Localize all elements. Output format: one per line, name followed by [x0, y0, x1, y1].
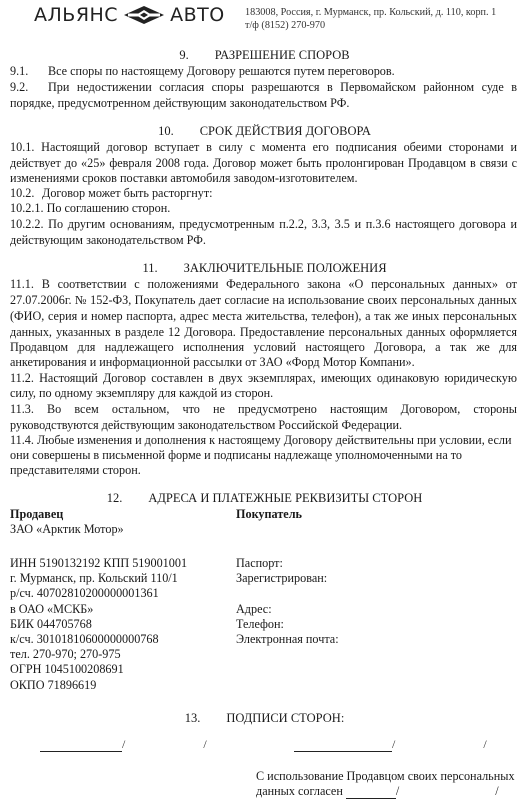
company-address: 183008, Россия, г. Мурманск, пр. Кольски… — [245, 6, 496, 32]
clause-11-3-line: руководствуются действующим законодатель… — [10, 418, 517, 433]
section-13-title: 13.ПОДПИСИ СТОРОН: — [0, 711, 529, 726]
slash: / — [396, 784, 399, 798]
buyer-email-label: Электронная почта: — [236, 632, 339, 647]
seller-ogrn: ОГРН 1045100208691 — [10, 662, 187, 677]
consent-text: данных согласен — [256, 784, 343, 798]
clause-label: 9.2. — [10, 80, 48, 95]
section-11-title: 11.ЗАКЛЮЧИТЕЛЬНЫЕ ПОЛОЖЕНИЯ — [0, 261, 529, 276]
buyer-address-label: Адрес: — [236, 602, 272, 617]
section-number: 12. — [107, 491, 123, 506]
section-number: 13. — [185, 711, 201, 726]
clause-10-2-1: 10.2.1. По соглашению сторон. — [10, 201, 517, 216]
section-heading: ПОДПИСИ СТОРОН: — [226, 711, 344, 725]
consent-text: С использование Продавцом своих персонал… — [256, 769, 518, 784]
seller-okpo: ОКПО 71896619 — [10, 678, 187, 693]
section-number: 9. — [179, 48, 188, 63]
section-number: 11. — [142, 261, 157, 276]
section-heading: РАЗРЕШЕНИЕ СПОРОВ — [215, 48, 350, 62]
seller-inn-kpp: ИНН 5190132192 КПП 519001001 — [10, 556, 187, 571]
clause-11-1-line: Продавцом для надлежащего исполнения усл… — [10, 340, 517, 355]
clause-9-2: 9.2.При недостижении согласия споры разр… — [10, 80, 517, 95]
seller-heading: Продавец — [10, 507, 63, 522]
logo-text-left: АЛЬЯНС — [34, 4, 118, 26]
seller-name: ЗАО «Арктик Мотор» — [10, 522, 124, 537]
clause-11-4-line: 11.4. Любые изменения и дополнения к нас… — [10, 433, 517, 448]
logo-text-right: АВТО — [170, 4, 225, 26]
clause-11-4-line: они совершены в письменной форме и подпи… — [10, 448, 517, 463]
clause-10-2-2-line: действующим законодательством РФ. — [10, 233, 517, 248]
clause-11-3-line: 11.3. Во всем остальном, что не предусмо… — [10, 402, 517, 417]
seller-bik: БИК 044705768 — [10, 617, 187, 632]
signature-blank — [294, 739, 392, 752]
clause-10-1-line: 10.1. Настоящий договор вступает в силу … — [10, 140, 517, 155]
clause-11-1-line: данных, указанных в разделе 12 Договора.… — [10, 325, 517, 340]
slash: / — [495, 784, 498, 798]
personal-data-consent: С использование Продавцом своих персонал… — [256, 769, 518, 799]
clause-text: Все споры по настоящему Договору решаютс… — [48, 64, 395, 78]
diamond-emblem-icon — [124, 6, 164, 24]
clause-11-4-line: представителями сторон. — [10, 463, 517, 478]
clause-10-1-line: изменениями сроков поставки автомобиля з… — [10, 171, 517, 186]
clause-10-2-2-line: 10.2.2. По другим основаниям, предусмотр… — [10, 217, 517, 232]
clause-11-2-line: силу, по одному экземпляру для каждой из… — [10, 386, 517, 401]
clause-10-2: 10.2.Договор может быть расторгнут: — [10, 186, 517, 201]
clause-label: 9.1. — [10, 64, 48, 79]
clause-text: Договор может быть расторгнут: — [42, 186, 213, 200]
slash: / — [203, 737, 206, 751]
clause-text: При недостижении согласия споры разрешаю… — [48, 80, 517, 94]
slash: / — [122, 737, 125, 751]
buyer-signature-line: // — [294, 737, 487, 752]
section-12-title: 12.АДРЕСА И ПЛАТЕЖНЫЕ РЕКВИЗИТЫ СТОРОН — [0, 491, 529, 506]
clause-11-2-line: 11.2. Настоящий Договор составлен в двух… — [10, 371, 517, 386]
letterhead: АЛЬЯНС АВТО 183008, Россия, г. Мурманск,… — [0, 0, 529, 36]
seller-bank: в ОАО «МСКБ» — [10, 602, 187, 617]
seller-phone: тел. 270-970; 270-975 — [10, 647, 187, 662]
seller-signature-line: // — [40, 737, 207, 752]
buyer-heading: Покупатель — [236, 507, 302, 522]
clause-9-1: 9.1.Все споры по настоящему Договору реш… — [10, 64, 517, 79]
section-heading: ЗАКЛЮЧИТЕЛЬНЫЕ ПОЛОЖЕНИЯ — [184, 261, 387, 275]
slash: / — [392, 737, 395, 751]
seller-account: р/сч. 40702810200000001361 — [10, 586, 187, 601]
clause-11-1-line: 27.07.2006г. № 152-ФЗ, Покупатель дает с… — [10, 293, 517, 308]
signature-blank — [40, 739, 122, 752]
buyer-phone-label: Телефон: — [236, 617, 284, 632]
company-logo: АЛЬЯНС АВТО — [34, 3, 225, 27]
seller-corr-account: к/сч. 30101810600000000768 — [10, 632, 187, 647]
clause-10-1-line: действует до «25» февраля 2008 года. Дог… — [10, 156, 517, 171]
buyer-registered-label: Зарегистрирован: — [236, 571, 327, 586]
clause-label: 10.2. — [10, 186, 42, 201]
slash: / — [483, 737, 486, 751]
consent-signature-blank — [346, 786, 396, 799]
phone-fax-line: т/ф (8152) 270-970 — [245, 19, 496, 32]
section-heading: АДРЕСА И ПЛАТЕЖНЫЕ РЕКВИЗИТЫ СТОРОН — [148, 491, 422, 505]
clause-11-1-line: 11.1. В соответствии с положениями Федер… — [10, 277, 517, 292]
clause-11-1-line: анкетирования и информационной рассылки … — [10, 355, 517, 370]
seller-address: г. Мурманск, пр. Кольский 110/1 — [10, 571, 187, 586]
clause-11-1-line: (ФИО, серия и номер паспорта, адрес мест… — [10, 309, 517, 324]
address-line: 183008, Россия, г. Мурманск, пр. Кольски… — [245, 6, 496, 19]
section-9-title: 9.РАЗРЕШЕНИЕ СПОРОВ — [0, 48, 529, 63]
section-heading: СРОК ДЕЙСТВИЯ ДОГОВОРА — [200, 124, 371, 138]
clause-9-2-cont: порядке, предусмотренном действующим зак… — [10, 96, 517, 111]
buyer-passport-label: Паспорт: — [236, 556, 283, 571]
section-number: 10. — [158, 124, 174, 139]
section-10-title: 10.СРОК ДЕЙСТВИЯ ДОГОВОРА — [0, 124, 529, 139]
seller-details: ИНН 5190132192 КПП 519001001 г. Мурманск… — [10, 556, 187, 693]
